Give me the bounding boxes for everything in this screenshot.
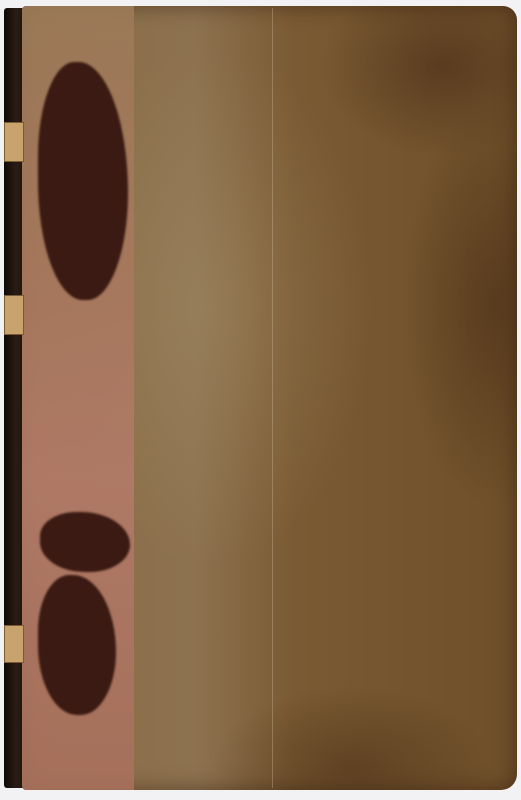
fold-line	[272, 8, 273, 788]
binding-tab-2	[4, 295, 24, 335]
binding-tab-1	[4, 122, 24, 162]
binding-tab-3	[4, 625, 24, 663]
